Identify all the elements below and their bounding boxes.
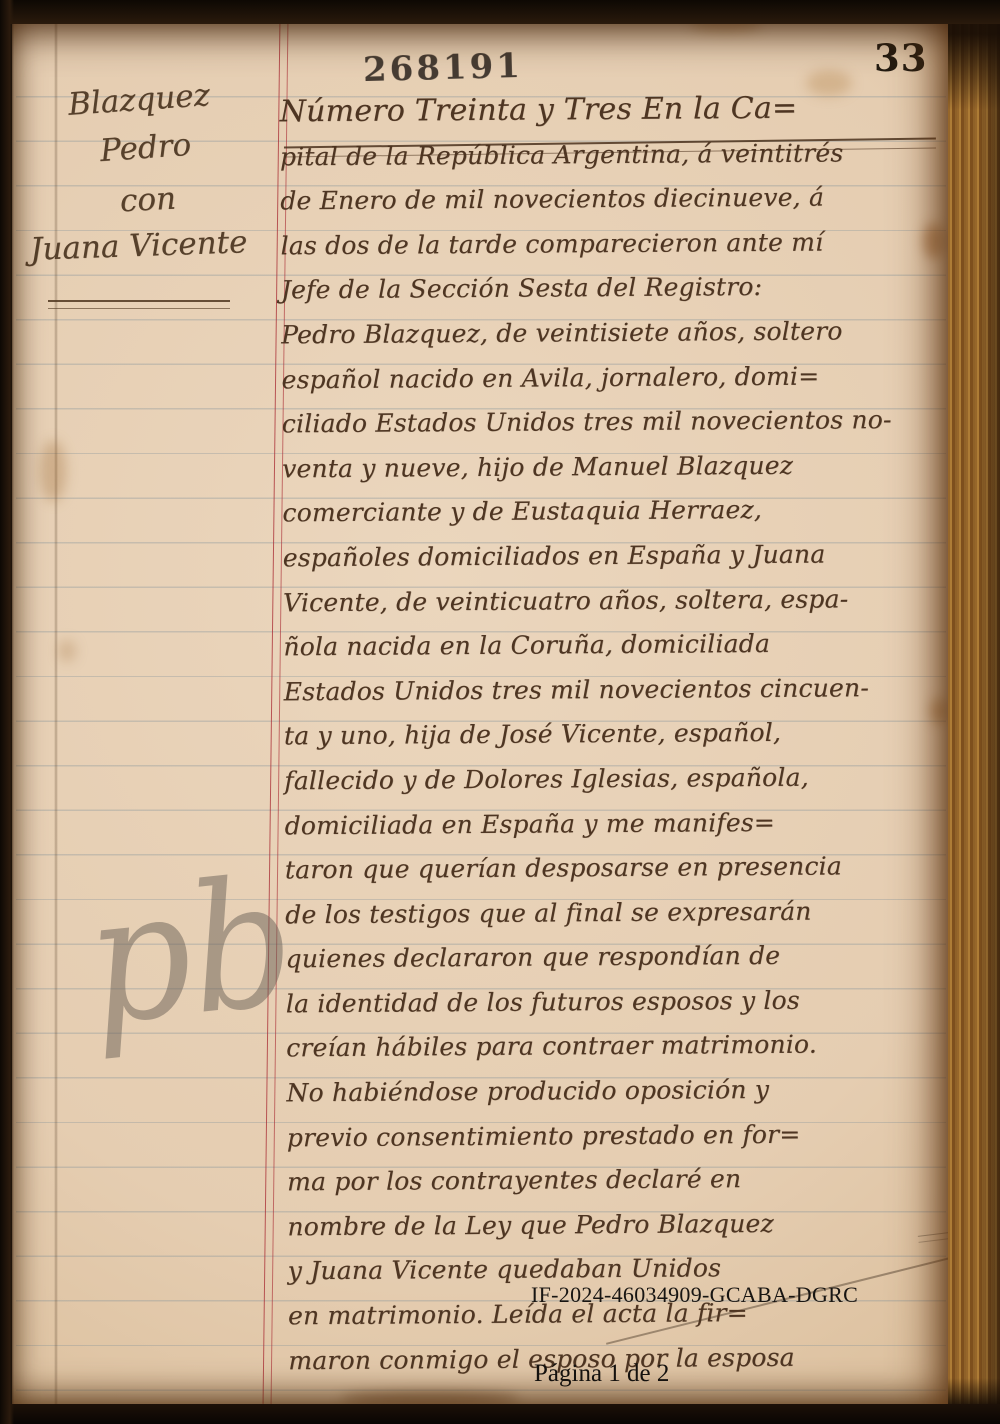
manuscript-line: No habiéndose producido oposición y (286, 1067, 952, 1116)
manuscript-body: Número Treinta y Tres En la Ca= pital de… (279, 86, 954, 1384)
scanned-register-page: Blazquez Pedro con Juana Vicente pb Núme… (0, 0, 1000, 1424)
book-fore-edge (948, 0, 1000, 1424)
manuscript-line: de Enero de mil novecientos diecinueve, … (280, 175, 946, 224)
document-id-overlay: IF-2024-46034909-GCABA-DGRC (531, 1282, 858, 1308)
book-edge-bottom (0, 1404, 1000, 1424)
manuscript-line: españoles domiciliados en España y Juana (283, 532, 949, 581)
manuscript-line: taron que querían desposarse en presenci… (285, 844, 951, 893)
manuscript-line: creían hábiles para contraer matrimonio. (286, 1022, 952, 1071)
margin-note-firstname: Pedro (99, 127, 192, 169)
margin-note-bride: Juana Vicente (29, 224, 248, 268)
manuscript-line: ma por los contrayentes declaré en (287, 1156, 953, 1205)
pagination-footer: Página 1 de 2 (534, 1360, 669, 1388)
paper-stain (58, 640, 76, 662)
manuscript-line: Número Treinta y Tres En la Ca= (279, 86, 945, 135)
manuscript-line: la identidad de los futuros esposos y lo… (286, 978, 952, 1027)
manuscript-line: las dos de la tarde comparecieron ante m… (280, 219, 946, 268)
paper-stain (40, 440, 66, 502)
manuscript-line: venta y nueve, hijo de Manuel Blazquez (282, 442, 948, 491)
book-edge-top (0, 0, 1000, 24)
margin-note-underline (48, 300, 230, 309)
manuscript-line: comerciante y de Eustaquia Herraez, (282, 487, 948, 536)
manuscript-line: Pedro Blazquez, de veintisiete años, sol… (281, 309, 947, 358)
manuscript-line: español nacido en Avila, jornalero, domi… (281, 353, 947, 402)
manuscript-line: Vicente, de veinticuatro años, soltera, … (283, 576, 949, 625)
manuscript-line: ciliado Estados Unidos tres mil novecien… (282, 398, 948, 447)
manuscript-line: ñola nacida en la Coruña, domiciliada (283, 621, 949, 670)
manuscript-line: quienes declararon que respondían de (285, 933, 951, 982)
manuscript-line: fallecido y de Dolores Iglesias, español… (284, 755, 950, 804)
manuscript-line: nombre de la Ley que Pedro Blazquez (287, 1201, 953, 1250)
book-edge-left (0, 0, 14, 1424)
stamp-number: 268191 (363, 46, 524, 90)
margin-note-con: con (119, 181, 177, 220)
manuscript-line: Jefe de la Sección Sesta del Registro: (281, 264, 947, 313)
manuscript-line: ta y uno, hija de José Vicente, español, (284, 710, 950, 759)
pencil-mark: pb (78, 839, 303, 1065)
manuscript-line: domiciliada en España y me manifes= (284, 799, 950, 848)
manuscript-line: Estados Unidos tres mil novecientos cinc… (284, 665, 950, 714)
page-number: 33 (874, 36, 928, 80)
manuscript-line: de los testigos que al final se expresar… (285, 888, 951, 937)
manuscript-line: previo consentimiento prestado en for= (287, 1111, 953, 1160)
